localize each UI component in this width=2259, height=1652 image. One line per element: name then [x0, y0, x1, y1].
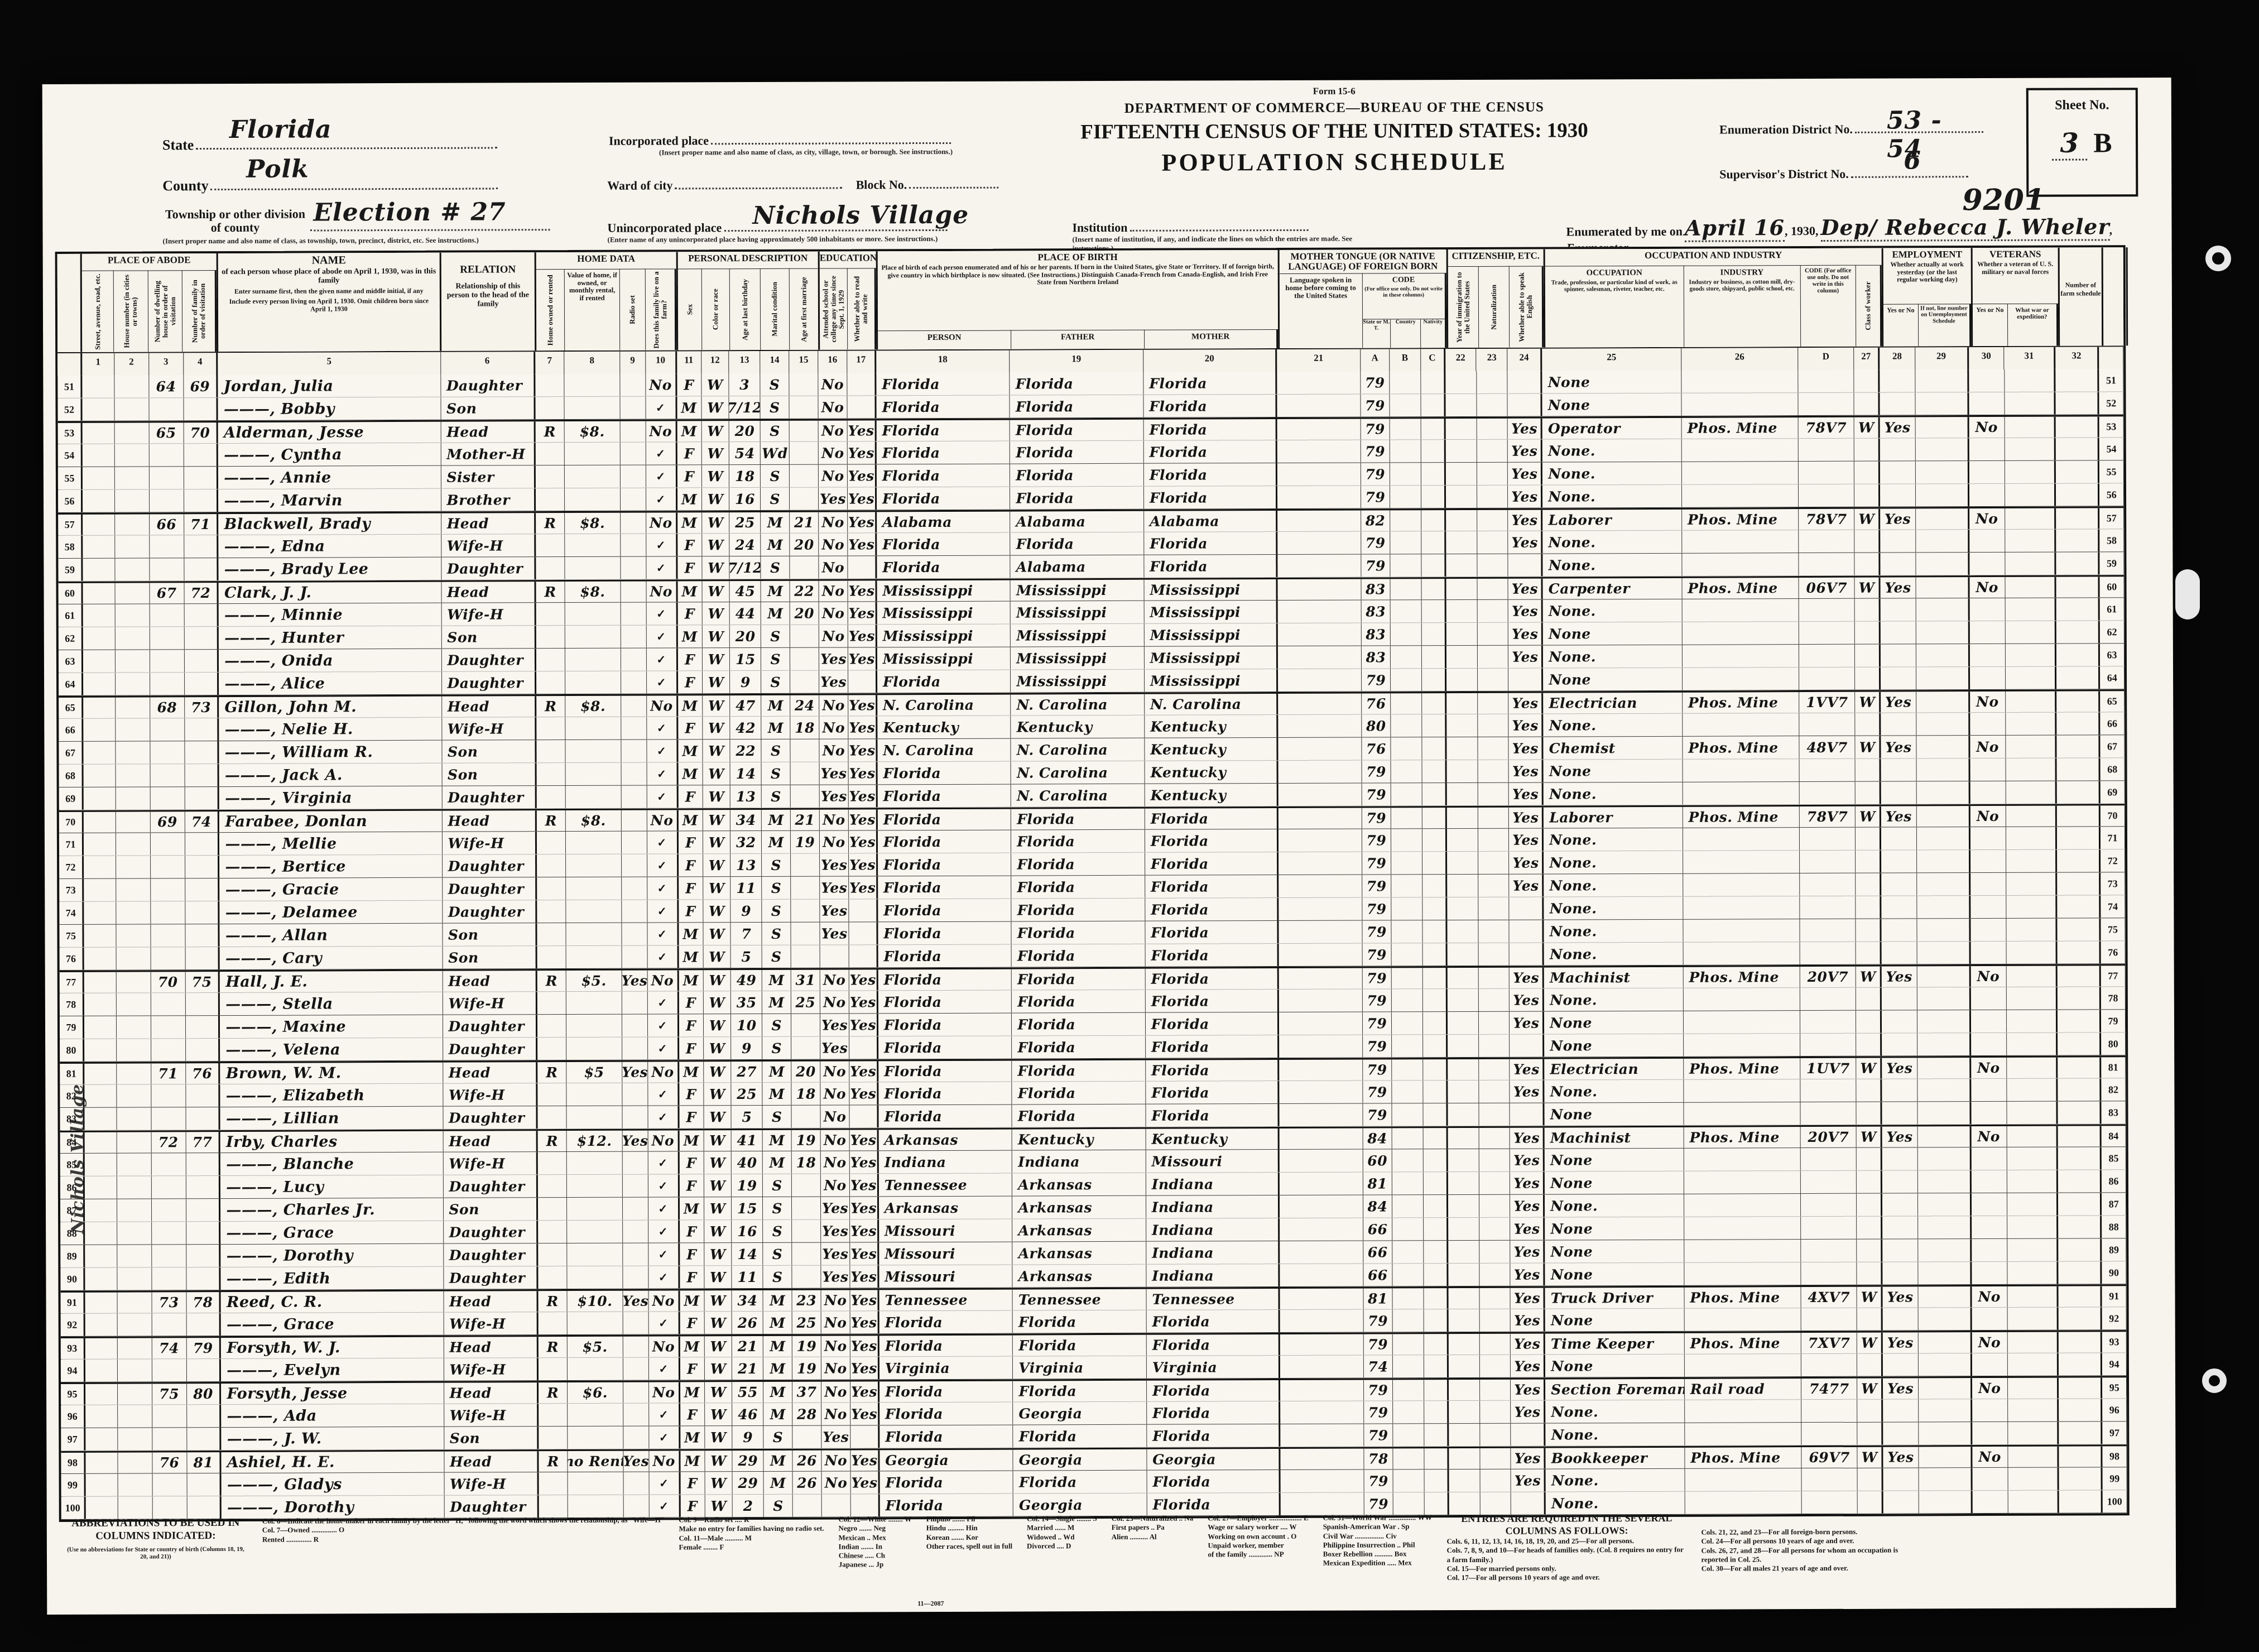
cell-c20: Alabama: [1144, 511, 1278, 532]
cell-c13: 14: [732, 1243, 763, 1265]
cell-c16: No: [820, 1061, 849, 1082]
cell-c2: [115, 558, 150, 580]
cell-c24: Yes: [1510, 1128, 1545, 1149]
cell-cC: [1421, 579, 1446, 599]
cell-c18: Florida: [876, 373, 1010, 396]
cell-cB: [1391, 646, 1422, 668]
cell-c23: [1477, 600, 1508, 622]
cell-cC: [1422, 760, 1446, 782]
cell-c24: Yes: [1508, 531, 1543, 554]
cell-c26: Phos. Mine: [1684, 1058, 1801, 1079]
cell-c11: F: [679, 1151, 704, 1174]
cell-c32: [2056, 598, 2100, 620]
cell-c31: [2006, 736, 2057, 758]
cell-c8: [566, 1038, 622, 1060]
cell-c31: [2005, 369, 2056, 392]
cell-c14: M: [763, 1336, 792, 1357]
cell-c3: [151, 1016, 186, 1038]
cell-cA: 83: [1362, 623, 1391, 645]
cell-c27: [1857, 1262, 1882, 1285]
group-relation: RELATIONRelationship of this person to t…: [441, 252, 537, 351]
cell-c7: [536, 557, 565, 579]
cell-c17: Yes: [849, 991, 878, 1013]
col-header-c3: Number of dwelling house in order of vis…: [148, 270, 182, 352]
cell-c18: Missouri: [879, 1219, 1013, 1242]
cell-c3: [149, 398, 184, 420]
cell-c2: [117, 1176, 152, 1198]
cell-c26: [1683, 645, 1800, 667]
cell-c26: [1685, 1400, 1802, 1423]
cell-c12: W: [703, 695, 730, 716]
cell-cC: [1423, 1080, 1448, 1103]
cell-c27: [1856, 782, 1881, 804]
cell-c31: [2007, 1262, 2059, 1284]
cell-c12: W: [704, 1106, 732, 1128]
cell-c21: [1280, 1264, 1364, 1286]
cell-c7: R: [536, 513, 565, 534]
cell-c18: Florida: [878, 1014, 1012, 1036]
cell-c21: [1280, 1104, 1363, 1126]
cell-c29: [1916, 713, 1970, 735]
cell-c8: [567, 1198, 623, 1220]
cell-c9: [623, 1358, 649, 1380]
supervisor-field: Supervisor's District No. 6: [1719, 166, 1968, 181]
cell-c29: [1916, 553, 1969, 575]
cell-c2: [116, 878, 151, 901]
cell-c20: Mississippi: [1145, 669, 1279, 692]
cell-c2: [118, 1338, 152, 1358]
cell-cA: 79: [1362, 852, 1391, 874]
cell-c29: [1915, 369, 1969, 392]
cell-c27: [1858, 1468, 1883, 1491]
cell-c20: Indiana: [1146, 1218, 1280, 1241]
cell-c21: [1279, 875, 1362, 897]
cell-ln_r: 92: [2102, 1307, 2127, 1329]
cell-c6: Daughter: [443, 877, 537, 900]
cell-c21: [1279, 990, 1363, 1012]
cell-c2: [117, 1267, 152, 1290]
cell-c7: [536, 717, 565, 739]
cell-c1: [86, 1497, 118, 1519]
cell-c12: W: [703, 854, 731, 876]
cell-c4: [185, 1016, 220, 1038]
cell-c13: 29: [733, 1451, 764, 1471]
cell-c14: S: [762, 945, 791, 968]
cell-c8: [568, 1358, 623, 1380]
cell-c12: W: [703, 945, 731, 968]
cell-c11: F: [679, 900, 703, 922]
cell-ln_l: 57: [58, 515, 83, 535]
cell-c22: [1445, 394, 1477, 416]
cell-c15: [790, 396, 819, 419]
cell-c26: [1683, 782, 1800, 805]
cell-c22: [1449, 1355, 1480, 1377]
cell-cA: 66: [1363, 1264, 1392, 1286]
township-note: (Insert proper name and also name of cla…: [163, 236, 576, 246]
cell-c3: [150, 764, 185, 786]
cell-c32: [2056, 691, 2100, 712]
cell-c25: None: [1545, 1263, 1685, 1286]
cell-c4: [185, 718, 219, 741]
cell-cB: [1391, 897, 1422, 920]
cell-c25: None: [1545, 1149, 1684, 1171]
cell-c8: $8.: [566, 810, 622, 831]
cell-c24: [1511, 1424, 1546, 1446]
cell-c19: Georgia: [1013, 1449, 1147, 1471]
cell-ln_r: 76: [2101, 941, 2126, 963]
cell-c22: [1446, 463, 1477, 485]
cell-c1: [83, 583, 115, 604]
cell-c9: [622, 810, 647, 831]
cell-c5: ———, Virginia: [219, 786, 442, 809]
cell-c23: [1477, 531, 1508, 554]
cell-cB: [1392, 989, 1423, 1011]
col-number-c29: 29: [1915, 347, 1969, 369]
cell-c9: [621, 671, 647, 694]
cell-cC: [1422, 669, 1446, 691]
cell-c1: [85, 1154, 117, 1176]
cell-c21: [1278, 694, 1362, 714]
cell-c4: 73: [185, 697, 219, 718]
cell-c23: [1478, 783, 1509, 805]
cell-c13: 13: [730, 854, 762, 876]
cell-c2: [116, 718, 150, 741]
cell-c15: 18: [792, 1151, 821, 1174]
cell-c22: [1448, 1241, 1479, 1263]
cell-c7: [538, 1243, 567, 1266]
cell-c21: [1281, 1493, 1364, 1515]
cell-c3: 70: [151, 972, 185, 992]
cell-c5: ———, Elizabeth: [220, 1084, 443, 1107]
cell-c16: No: [821, 1336, 850, 1356]
cell-c19: Indiana: [1012, 1150, 1146, 1173]
cell-c17: Yes: [850, 1174, 879, 1196]
cell-c20: Florida: [1146, 1035, 1280, 1058]
cell-c10: ✓: [648, 1312, 680, 1334]
cell-c25: None.: [1544, 988, 1684, 1011]
enum-district-value: 53 - 54: [1887, 106, 1983, 164]
cell-c23: [1479, 1103, 1510, 1126]
cell-c32: [2057, 712, 2101, 734]
cell-c31: [2006, 758, 2057, 781]
cell-c19: Florida: [1013, 1335, 1147, 1356]
cell-cA: 79: [1362, 669, 1391, 691]
cell-c9: [623, 1198, 648, 1220]
cell-c19: Mississippi: [1011, 601, 1145, 624]
cell-c10: ✓: [647, 900, 679, 922]
cell-c30: No: [1970, 691, 2006, 712]
cell-c1: [84, 787, 116, 810]
cell-cC: [1424, 1401, 1449, 1423]
cell-cC: [1424, 1448, 1449, 1469]
cell-ln_l: 65: [59, 698, 83, 718]
cell-c31: [2006, 896, 2058, 918]
cell-c3: [152, 1313, 186, 1336]
cell-c28: [1880, 369, 1915, 392]
cell-c31: [2007, 1239, 2059, 1261]
cell-c13: 47: [730, 695, 762, 716]
cell-c25: Machinist: [1545, 1127, 1684, 1149]
cell-c3: 68: [150, 697, 185, 718]
cell-c25: Electrician: [1544, 1059, 1684, 1080]
cell-cD: [1801, 1354, 1857, 1376]
cell-c6: Head: [441, 421, 536, 443]
cell-c24: Yes: [1508, 419, 1542, 439]
cell-c12: W: [704, 1336, 732, 1357]
cell-c13: 16: [729, 488, 761, 510]
cell-c15: [790, 442, 819, 464]
cell-ln_r: 73: [2101, 872, 2125, 895]
cell-c5: Irby, Charles: [220, 1131, 443, 1152]
cell-c28: [1881, 644, 1916, 666]
cell-c21: [1279, 852, 1362, 875]
footer-block: Filipino ....... FilHindu ......... HinK…: [926, 1515, 1013, 1607]
cell-c3: [151, 856, 185, 878]
cell-c28: [1881, 827, 1917, 849]
cell-c2: [117, 1245, 152, 1267]
cell-ln_l: 59: [58, 559, 83, 581]
cell-c15: 22: [790, 581, 819, 602]
cell-c14: S: [764, 1495, 793, 1517]
cell-c4: [184, 398, 218, 420]
cell-c1: [84, 833, 116, 856]
cell-c21: [1280, 1401, 1364, 1424]
cell-ln_r: 58: [2099, 529, 2124, 551]
cell-c27: [1854, 553, 1880, 575]
cell-c29: [1916, 691, 1970, 712]
cell-c27: [1854, 530, 1880, 553]
cell-c10: ✓: [648, 1014, 679, 1036]
col-number-c1: 1: [82, 353, 114, 376]
cell-c10: No: [647, 970, 679, 991]
cell-c5: ———, Blanche: [220, 1152, 443, 1175]
cell-c9: [622, 946, 647, 968]
cell-ln_r: 97: [2102, 1422, 2127, 1444]
cell-c27: [1857, 1171, 1882, 1193]
cell-ln_l: 75: [59, 925, 84, 947]
cell-c17: Yes: [849, 1082, 878, 1104]
cell-c20: Florida: [1145, 852, 1279, 875]
cell-c7: [537, 740, 566, 762]
cell-c8: [565, 626, 621, 648]
col-number-c31: 31: [2005, 347, 2056, 369]
cell-c17: Yes: [848, 739, 877, 761]
cell-c12: W: [704, 1243, 732, 1265]
cell-c2: [117, 1084, 151, 1107]
cell-c21: [1281, 1470, 1364, 1492]
cell-c18: Florida: [879, 1311, 1013, 1334]
cell-c32: [2059, 1307, 2102, 1329]
cell-c17: Yes: [850, 1151, 879, 1173]
cell-c10: ✓: [649, 1357, 680, 1380]
cell-c21: [1280, 1380, 1364, 1401]
cell-c14: S: [762, 923, 791, 945]
cell-c29: [1917, 966, 1971, 987]
cell-cA: 79: [1364, 1469, 1393, 1492]
cell-c13: 25: [732, 1083, 763, 1105]
cell-c32: [2057, 872, 2101, 895]
cell-c30: [1969, 621, 2005, 643]
cell-c31: [2005, 508, 2056, 529]
cell-c13: 15: [732, 1197, 763, 1219]
cell-cB: [1393, 1380, 1424, 1400]
cell-cC: [1421, 394, 1445, 416]
cell-c14: M: [762, 970, 791, 991]
cell-c20: Florida: [1143, 419, 1277, 440]
col-header-c18: PERSON: [878, 330, 1011, 350]
cell-c13: 26: [732, 1312, 763, 1334]
cell-c3: [152, 1359, 187, 1381]
cell-ln_l: 55: [58, 467, 83, 489]
cell-c4: 79: [186, 1338, 221, 1358]
cell-c14: S: [761, 373, 790, 396]
cell-c29: [1917, 781, 1970, 804]
cell-c21: [1280, 1218, 1363, 1241]
cell-cB: [1392, 1195, 1424, 1217]
cell-c7: [539, 1495, 568, 1517]
cell-c30: [1971, 1147, 2007, 1170]
cell-c31: [2006, 1010, 2058, 1032]
cell-c7: [537, 854, 566, 877]
cell-c28: [1881, 713, 1916, 735]
cell-cA: 79: [1362, 783, 1391, 805]
cell-c21: [1280, 1173, 1363, 1195]
cell-c17: Yes: [848, 716, 877, 738]
cell-c17: [849, 945, 878, 967]
cell-c32: [2056, 460, 2099, 483]
cell-c17: Yes: [848, 441, 877, 464]
cell-c6: Daughter: [441, 557, 536, 580]
cell-cA: 79: [1364, 1401, 1393, 1423]
cell-c25: Laborer: [1542, 510, 1682, 531]
cell-c21: [1280, 1334, 1364, 1355]
cell-c30: No: [1970, 966, 2006, 987]
cell-c26: [1683, 713, 1800, 736]
cell-c4: [185, 673, 219, 695]
cell-c5: Farabee, Donlan: [219, 811, 442, 832]
cell-c8: [566, 946, 622, 968]
cell-c10: No: [647, 695, 678, 716]
cell-c17: Yes: [848, 695, 877, 715]
cell-c15: [790, 648, 819, 670]
cell-c10: ✓: [649, 1495, 680, 1517]
cell-c1: [85, 1405, 118, 1428]
cell-c27: [1854, 462, 1880, 484]
cell-c31: [2006, 850, 2058, 872]
cell-c18: Florida: [879, 1425, 1013, 1448]
cell-c23: [1477, 486, 1508, 508]
cell-c3: 67: [150, 583, 184, 603]
cell-c5: ———, Ada: [222, 1404, 444, 1427]
cell-c4: 80: [187, 1384, 222, 1404]
cell-c21: [1280, 1289, 1364, 1309]
cell-c25: None.: [1544, 851, 1683, 874]
cell-c15: [791, 923, 820, 945]
cell-c21: [1281, 1449, 1364, 1469]
cell-c30: [1970, 644, 2006, 666]
cell-c1: [85, 1176, 117, 1199]
cell-c2: [116, 650, 150, 672]
cell-c2: [117, 1313, 152, 1336]
cell-c26: Phos. Mine: [1683, 967, 1800, 988]
cell-cC: [1423, 1149, 1448, 1171]
cell-c18: Mississippi: [877, 580, 1011, 602]
group-note: Place of birth of each person enumerated…: [878, 262, 1278, 289]
cell-c14: M: [762, 831, 791, 853]
cell-cC: [1424, 1469, 1449, 1492]
cell-c22: [1446, 693, 1478, 714]
cell-c3: 69: [150, 811, 185, 832]
cell-cA: 79: [1363, 1012, 1392, 1034]
col-number-c5: 5: [218, 352, 441, 375]
cell-c19: Kentucky: [1012, 1129, 1146, 1150]
cell-c17: Yes: [849, 969, 878, 990]
cell-c30: [1972, 1399, 2008, 1422]
cell-cD: 1VV7: [1799, 692, 1855, 713]
cell-c30: [1972, 1308, 2007, 1330]
cell-c31: [2006, 806, 2057, 827]
cell-cC: [1422, 852, 1447, 874]
cell-c32: [2059, 1286, 2102, 1307]
cell-cB: [1390, 486, 1421, 508]
cell-c18: Florida: [877, 487, 1011, 510]
cell-c19: Florida: [1010, 395, 1144, 418]
cell-c10: No: [648, 1336, 680, 1357]
cell-c16: No: [819, 396, 848, 418]
cell-c9: [621, 443, 646, 465]
cell-c22: [1447, 943, 1478, 966]
cell-c29: [1917, 873, 1970, 895]
cell-c17: Yes: [848, 512, 877, 532]
cell-c23: [1480, 1448, 1511, 1469]
cell-c19: N. Carolina: [1011, 694, 1145, 715]
cell-c28: [1881, 850, 1917, 872]
cell-c1: [84, 812, 116, 833]
cell-cC: [1421, 463, 1446, 485]
cell-c30: [1970, 873, 2006, 895]
cell-c11: M: [678, 695, 703, 716]
cell-c19: N. Carolina: [1011, 761, 1145, 784]
cell-cA: 74: [1364, 1355, 1393, 1377]
cell-c28: [1883, 1399, 1919, 1422]
cell-c8: [565, 443, 621, 465]
cell-c13: 25: [730, 512, 761, 533]
cell-c2: [117, 1039, 151, 1061]
cell-c22: [1447, 875, 1478, 897]
cell-c1: [84, 902, 116, 924]
cell-c16: Yes: [821, 1197, 850, 1219]
cell-c27: W: [1857, 1287, 1883, 1308]
cell-c11: F: [680, 1312, 704, 1334]
cell-c2: [117, 1199, 152, 1221]
cell-c8: [567, 1243, 623, 1266]
cell-ln_r: 61: [2100, 598, 2125, 620]
cell-c19: Arkansas: [1012, 1219, 1146, 1242]
cell-c3: [150, 535, 184, 558]
cell-c3: [151, 901, 185, 924]
col-number-c21: 21: [1277, 349, 1361, 372]
cell-c13: 41: [732, 1130, 763, 1151]
cell-c30: [1972, 1422, 2008, 1444]
schedule-title: POPULATION SCHEDULE: [963, 147, 1705, 177]
cell-c9: [622, 900, 647, 923]
cell-ln_l: 52: [57, 398, 82, 421]
cell-c20: Florida: [1146, 1081, 1280, 1104]
cell-c8: [565, 465, 621, 488]
cell-c2: [116, 924, 151, 947]
cell-cC: [1423, 1128, 1448, 1149]
cell-c2: [118, 1384, 152, 1404]
